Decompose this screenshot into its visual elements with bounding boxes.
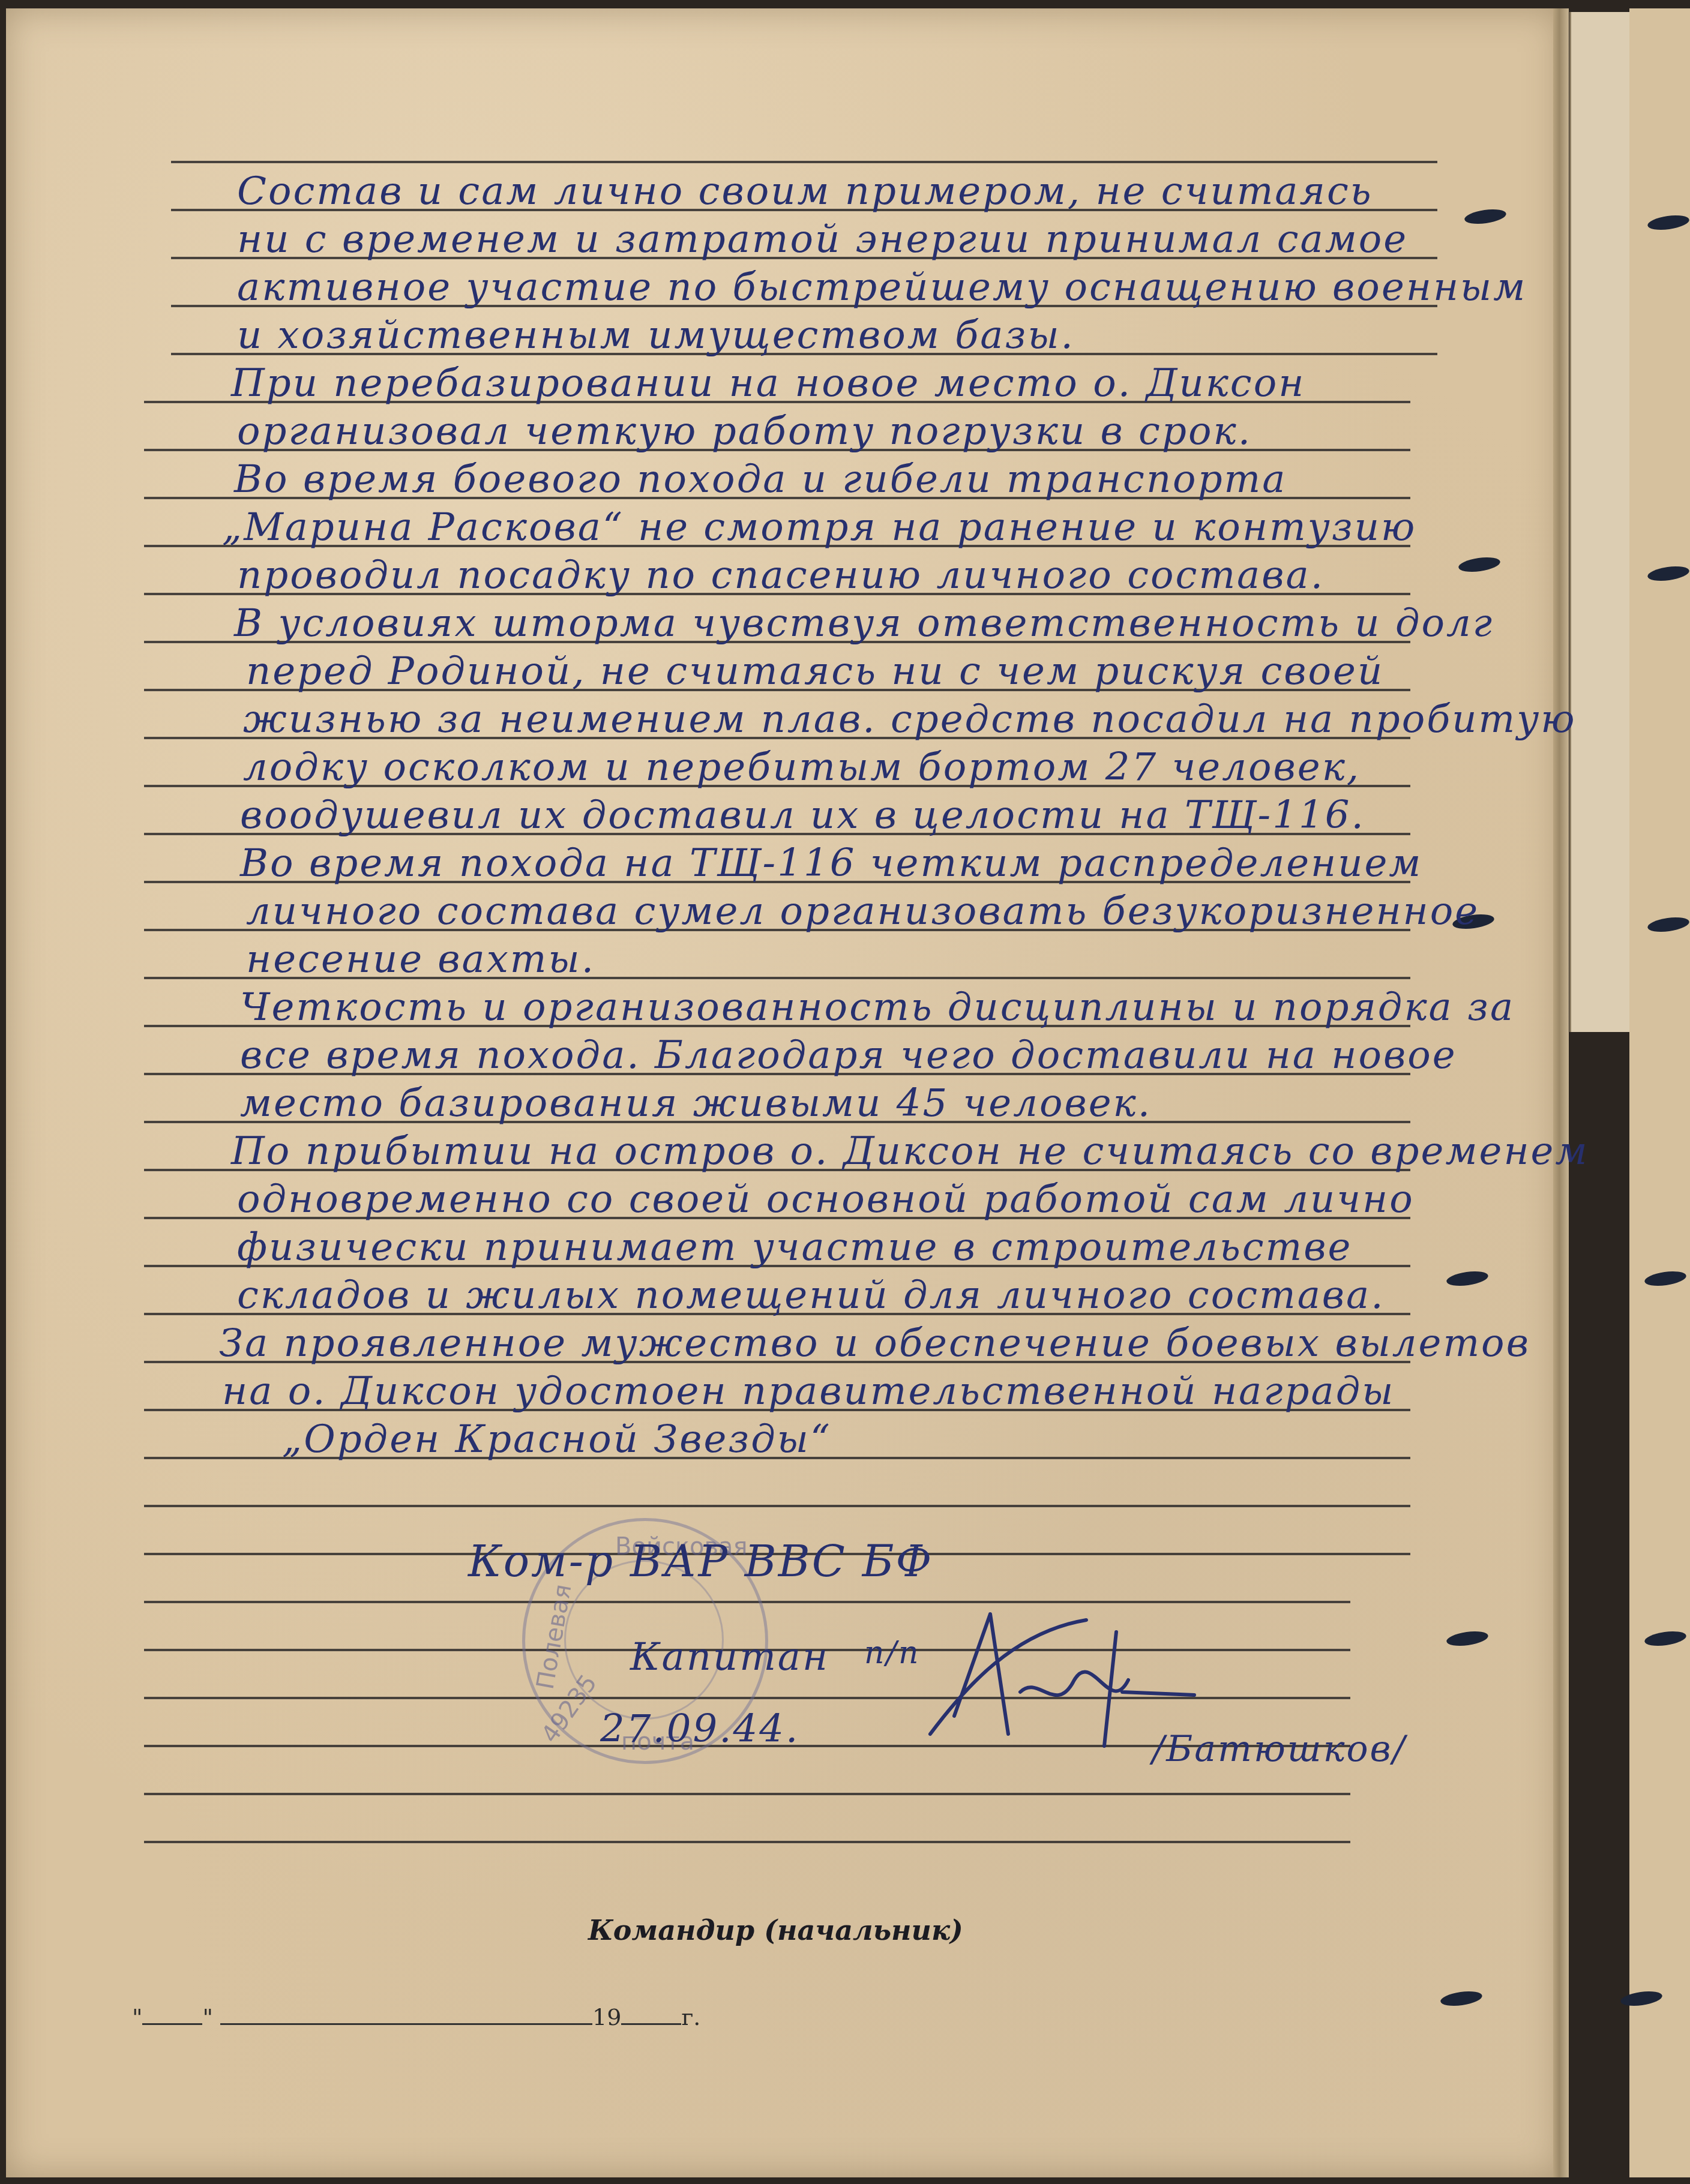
body-line: организовал четкую работу погрузки в сро… bbox=[237, 409, 1252, 454]
body-line: жизнью за неимением плав. средств посади… bbox=[243, 697, 1577, 742]
body-line: Во время похода на ТЩ-116 четким распред… bbox=[240, 841, 1422, 886]
signature-date: 27.09.44. bbox=[600, 1707, 799, 1751]
body-line: Четкость и организованность дисциплины и… bbox=[240, 985, 1515, 1030]
form-date-line: "" 19г. bbox=[132, 2004, 700, 2030]
date-open-quote: " bbox=[132, 2004, 142, 2030]
ruled-line bbox=[144, 1841, 1350, 1843]
body-line: лодку осколком и перебитым бортом 27 чел… bbox=[243, 745, 1361, 790]
commander-label: Командир (начальник) bbox=[588, 1914, 963, 1946]
body-line: и хозяйственным имуществом базы. bbox=[237, 313, 1075, 358]
body-line: одновременно со своей основной работой с… bbox=[237, 1177, 1415, 1222]
body-line: воодушевил их доставил их в целости на Т… bbox=[240, 793, 1365, 838]
signature-prefix: п/п bbox=[864, 1635, 921, 1671]
body-line: По прибытии на остров о. Диксон не счита… bbox=[231, 1129, 1589, 1174]
ruled-line bbox=[171, 161, 1437, 163]
body-line: За проявленное мужество и обеспечение бо… bbox=[219, 1321, 1530, 1366]
body-line: место базирования живыми 45 человек. bbox=[240, 1081, 1152, 1126]
signer-rank: Капитан bbox=[630, 1635, 829, 1679]
body-line: все время похода. Благодаря чего достави… bbox=[240, 1033, 1457, 1078]
date-close-quote: " bbox=[202, 2004, 212, 2030]
award-name: „Орден Красной Звезды“ bbox=[282, 1417, 832, 1462]
body-line: личного состава сумел организовать безук… bbox=[246, 889, 1479, 934]
body-line: проводил посадку по спасению личного сос… bbox=[237, 553, 1325, 598]
binding-fold bbox=[1553, 8, 1569, 2177]
signer-name: /Батюшков/ bbox=[1152, 1728, 1407, 1770]
body-line: складов и жилых помещений для личного со… bbox=[237, 1273, 1385, 1318]
body-line: Во время боевого похода и гибели транспо… bbox=[234, 457, 1287, 502]
body-line: „Марина Раскова“ не смотря на ранение и … bbox=[222, 505, 1416, 550]
body-line: активное участие по быстрейшему оснащени… bbox=[237, 265, 1527, 310]
body-line: В условиях шторма чувствуя ответственнос… bbox=[234, 601, 1494, 646]
body-line: ни с временем и затратой энергии принима… bbox=[237, 217, 1408, 262]
ruled-line bbox=[144, 1793, 1350, 1795]
year-prefix: 19 bbox=[592, 2004, 621, 2030]
binding-paper-strip bbox=[1569, 12, 1632, 1032]
body-line: физически принимает участие в строительс… bbox=[237, 1225, 1352, 1270]
adjacent-page-edge bbox=[1629, 8, 1690, 2177]
signer-unit: Ком-р ВАР ВВС БФ bbox=[468, 1536, 933, 1586]
body-line: несение вахты. bbox=[246, 937, 595, 982]
body-line: Состав и сам лично своим примером, не сч… bbox=[237, 169, 1373, 214]
body-line: перед Родиной, не считаясь ни с чем риск… bbox=[246, 649, 1384, 694]
ruled-line bbox=[144, 1505, 1410, 1507]
body-line: на о. Диксон удостоен правительственной … bbox=[222, 1369, 1395, 1414]
body-line: При перебазировании на новое место о. Ди… bbox=[231, 361, 1305, 406]
year-suffix: г. bbox=[681, 2004, 700, 2030]
